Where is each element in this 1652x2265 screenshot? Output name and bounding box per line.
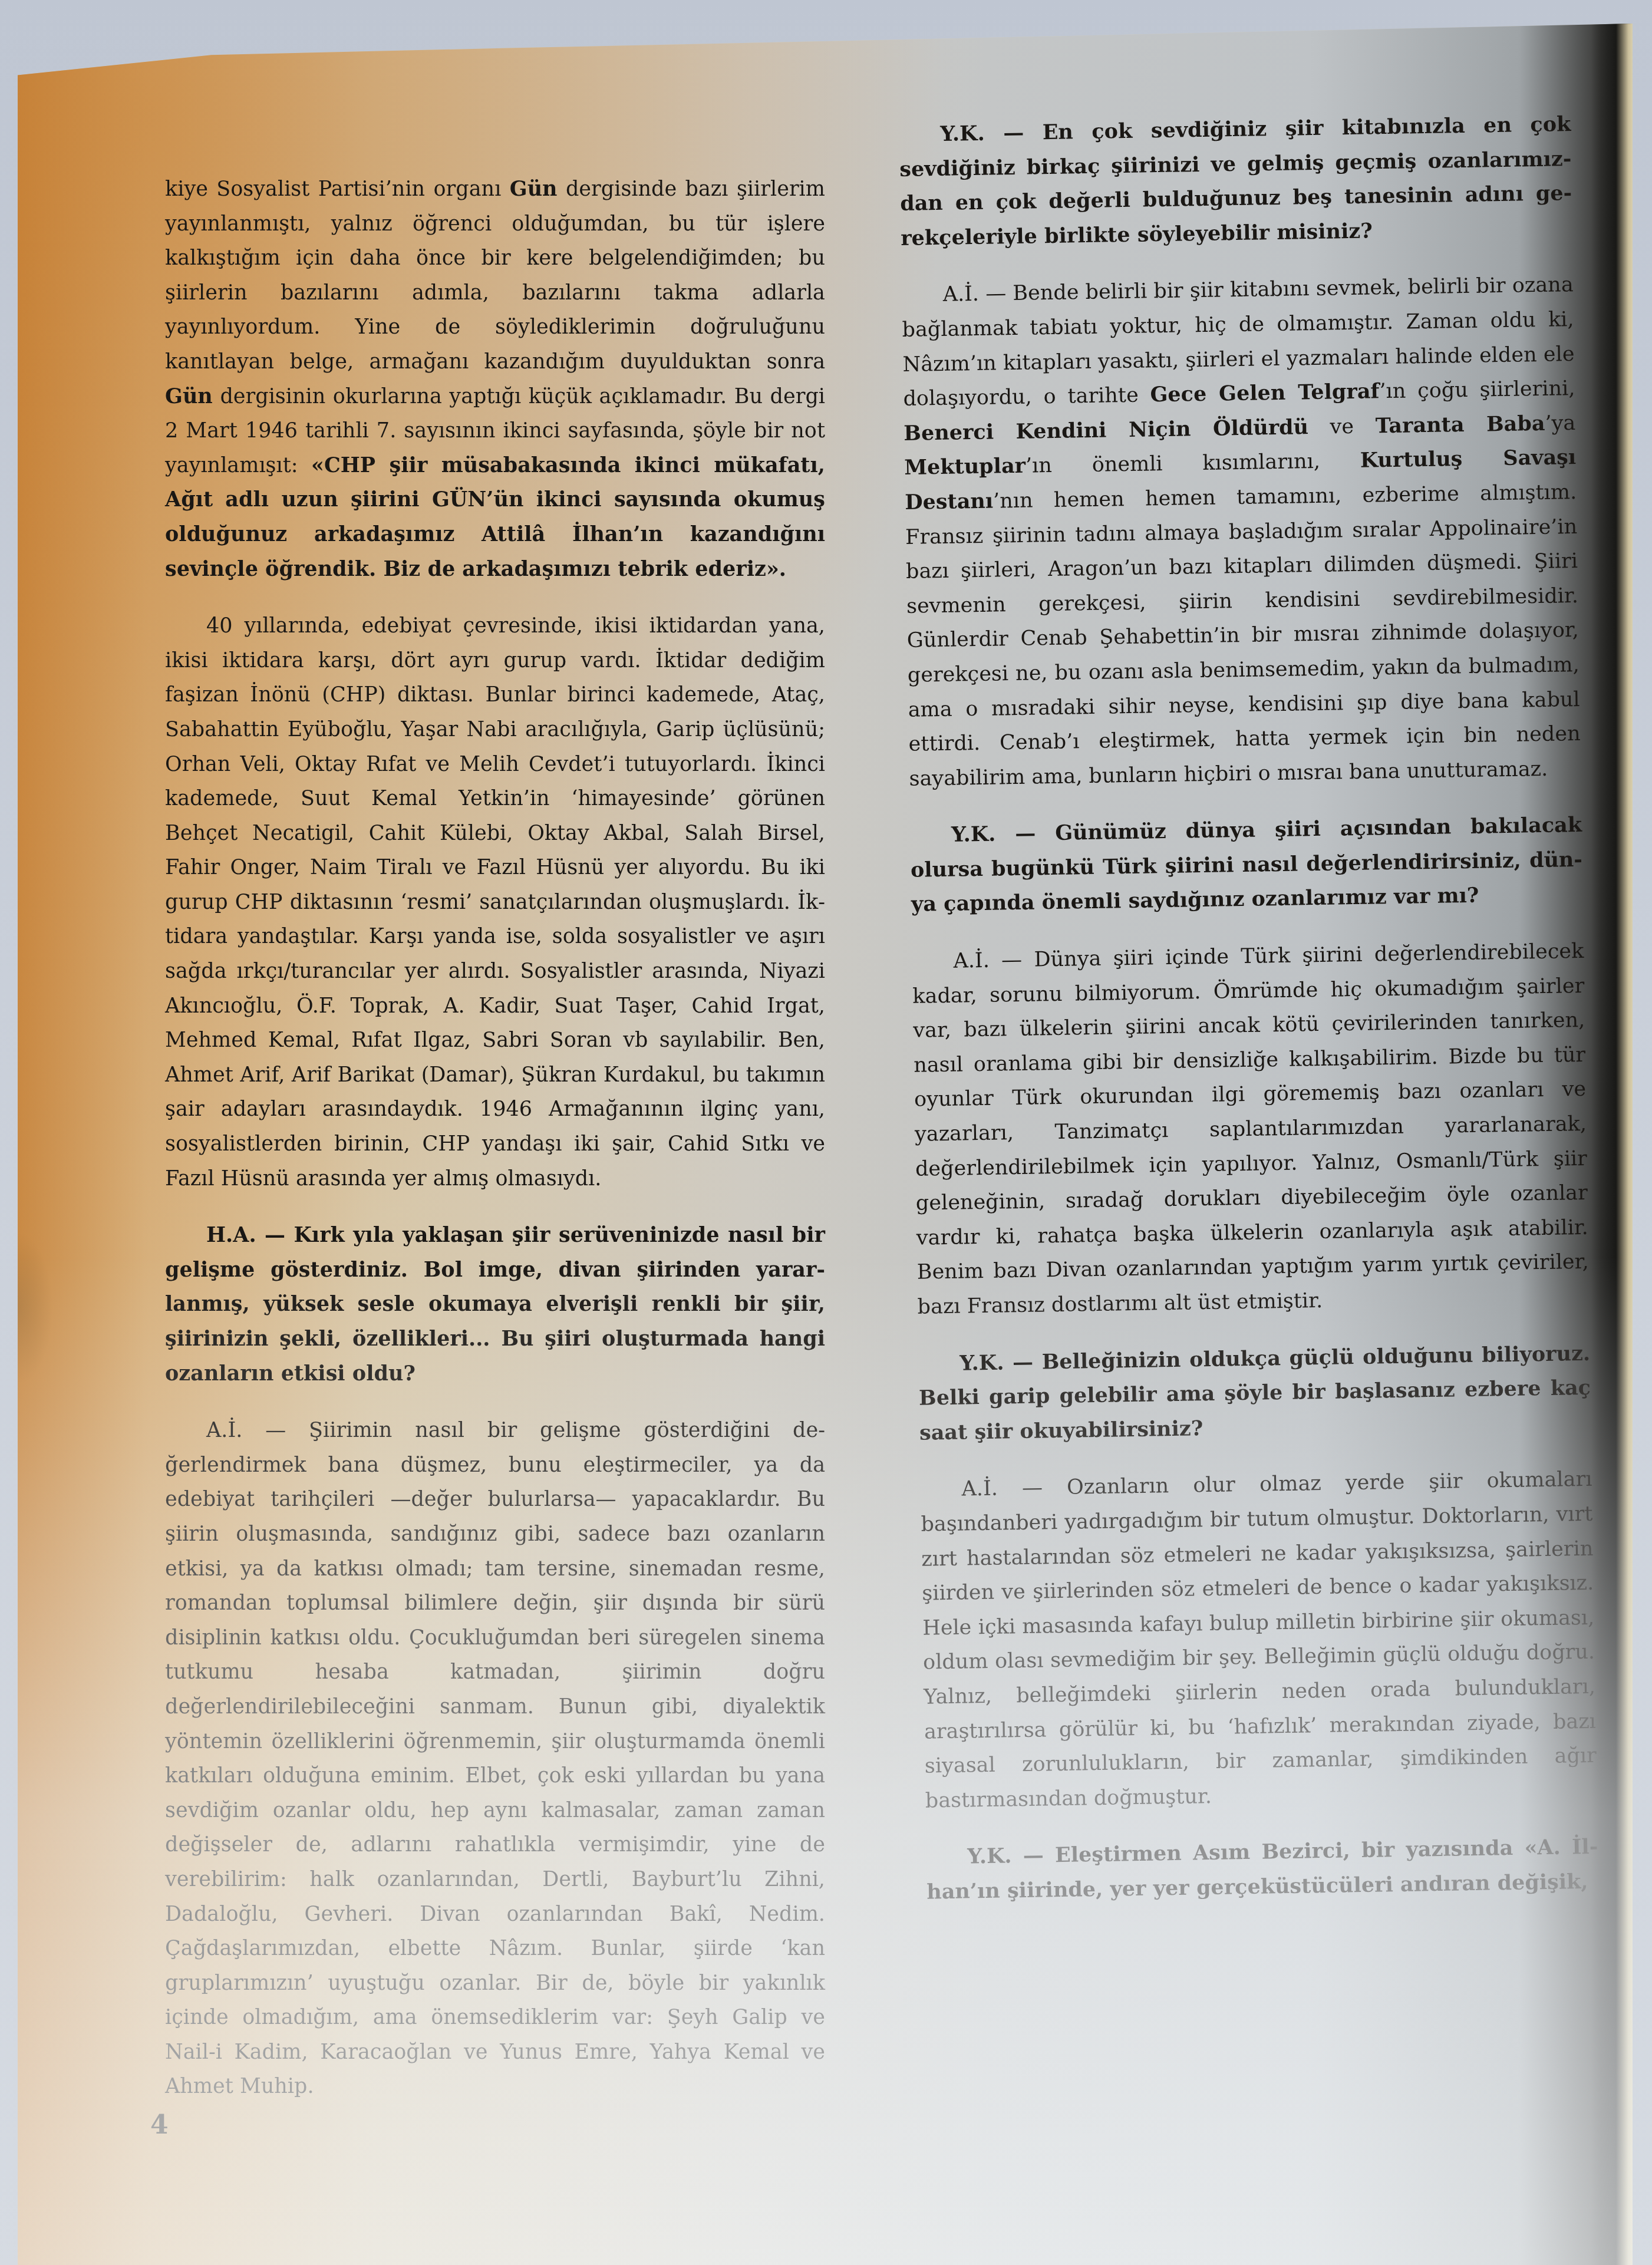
body-text: kiye Sosyalist Partisi’nin organı: [165, 177, 510, 201]
speaker-label: Y.K. —: [940, 121, 1024, 146]
interview-answer: A.İ. — Bende belirli bir şiir kitabını s…: [901, 268, 1581, 796]
speaker-label: Y.K. —: [967, 1844, 1044, 1869]
body-text: ’nın hemen hemen tamamını, ezberime almı…: [905, 480, 1581, 791]
emphasized-text: Mektuplar: [904, 454, 1026, 480]
right-column: Y.K. — En çok sevdiğiniz şiir kitabınızl…: [899, 107, 1599, 1910]
interview-answer: A.İ. — Dünya şiiri içinde Türk şiirini d…: [912, 934, 1590, 1324]
speaker-label: Y.K. —: [951, 822, 1036, 847]
interview-question: Y.K. — En çok sevdiğiniz şiir kitabınızl…: [899, 107, 1573, 256]
interview-question: H.A. — Kırk yıla yaklaşan şiir serüvenin…: [165, 1218, 825, 1391]
page-number: 4: [150, 2110, 169, 2140]
interview-question: Y.K. — Günümüz dünya şiiri açısından bak…: [910, 808, 1584, 922]
speaker-label: A.İ. —: [961, 1476, 1043, 1501]
interview-answer: 40 yıllarında, edebiyat çevresinde, ikis…: [165, 609, 825, 1196]
emphasized-text: Taranta Baba: [1375, 411, 1545, 439]
body-text: 40 yıllarında, edebiyat çevresinde, ikis…: [165, 614, 825, 1191]
body-text: Kırk yıla yaklaşan şiir serüveninizde na…: [165, 1223, 825, 1385]
speaker-label: Y.K. —: [959, 1350, 1034, 1375]
magazine-page: kiye Sosyalist Partisi’nin organı Gün de…: [18, 24, 1633, 2265]
body-text: ’ın önemli kısımlarını,: [1026, 449, 1360, 478]
body-text: ’ya: [1545, 411, 1575, 436]
body-text: ve: [1308, 414, 1376, 439]
interview-answer: A.İ. — Ozanların olur olmaz yerde şiir o…: [920, 1462, 1597, 1818]
interview-answer: A.İ. — Şiirimin nasıl bir gelişme göster…: [165, 1413, 825, 2104]
speaker-label: A.İ. —: [953, 948, 1022, 973]
paper-stain: [18, 1232, 53, 1385]
body-text: Dünya şiiri içinde Türk şiirini değerlen…: [912, 939, 1589, 1319]
speaker-label: H.A. —: [206, 1223, 285, 1247]
body-text: Ozanların olur olmaz yerde şiir okumalar…: [921, 1468, 1597, 1812]
emphasized-text: Benerci Kendini Niçin Öldürdü: [904, 415, 1308, 446]
body-text: ’ın çoğu şiirlerini,: [1379, 377, 1575, 403]
book-spine-shadow: [1591, 24, 1633, 2265]
body-text: dergisinde bazı şi­irlerim yayınlanmıştı…: [165, 177, 825, 374]
speaker-label: A.İ. —: [206, 1419, 286, 1442]
emphasized-text: Gün: [510, 177, 558, 201]
interview-question: Y.K. — Eleştirmen Asım Bezirci, bir yazı…: [926, 1830, 1599, 1910]
speaker-label: A.İ. —: [942, 282, 1006, 307]
body-text: Şiirimin nasıl bir gelişme gösterdiğini …: [165, 1419, 825, 2098]
emphasized-text: Gece Gelen Telgraf: [1150, 379, 1380, 407]
emphasized-text: Gün: [165, 384, 213, 408]
continued-paragraph: kiye Sosyalist Partisi’nin organı Gün de…: [165, 172, 825, 586]
interview-question: Y.K. — Belleğinizin oldukça güçlü olduğu…: [918, 1336, 1592, 1450]
left-column: kiye Sosyalist Partisi’nin organı Gün de…: [165, 172, 825, 2104]
